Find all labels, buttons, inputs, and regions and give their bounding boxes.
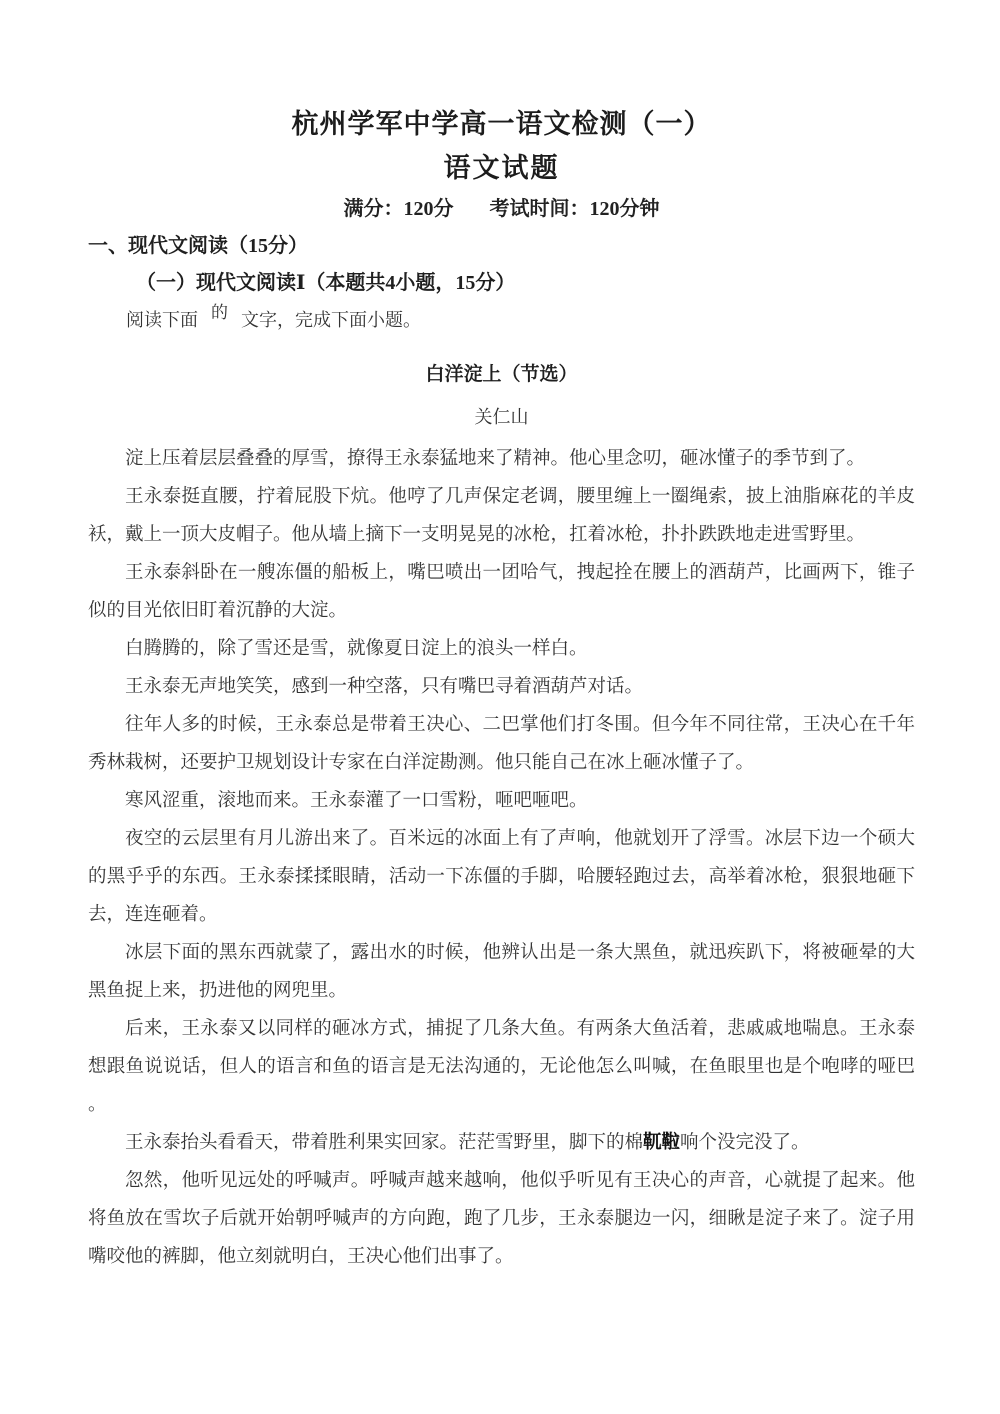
passage-paragraph: 冰层下面的黑东西就蒙了，露出水的时候，他辨认出是一条大黑鱼，就迅疾趴下，将被砸晕… xyxy=(88,934,915,1010)
passage-paragraph: 白腾腾的，除了雪还是雪，就像夏日淀上的浪头一样白。 xyxy=(88,630,915,668)
section-heading: 一、现代文阅读（15分） xyxy=(88,228,915,264)
paragraph-text: 王永泰挺直腰，拧着屁股下炕。他哼了几声保定老调，腰里缠上一圈绳索，披上油脂麻花的… xyxy=(88,487,915,545)
paragraph-text: 王永泰抬头看看天，带着胜利果实回家。茫茫雪野里，脚下的棉 xyxy=(125,1133,643,1153)
emphasized-term: 靰鞡 xyxy=(643,1133,680,1153)
instruction-superscript: 的 xyxy=(211,303,228,322)
paragraph-text: 白腾腾的，除了雪还是雪，就像夏日淀上的浪头一样白。 xyxy=(125,639,588,659)
passage-paragraph: 王永泰抬头看看天，带着胜利果实回家。茫茫雪野里，脚下的棉靰鞡响个没完没了。 xyxy=(88,1124,915,1162)
exam-meta: 满分：120分考试时间：120分钟 xyxy=(88,191,915,228)
paragraph-text: 忽然，他听见远处的呼喊声。呼喊声越来越响，他似乎听见有王决心的声音，心就提了起来… xyxy=(88,1171,915,1267)
passage-paragraph: 忽然，他听见远处的呼喊声。呼喊声越来越响，他似乎听见有王决心的声音，心就提了起来… xyxy=(88,1162,915,1276)
passage-author: 关仁山 xyxy=(88,394,915,440)
paragraph-text: 往年人多的时候，王永泰总是带着王决心、二巴掌他们打冬围。但今年不同往常，王决心在… xyxy=(88,715,915,773)
passage-body: 淀上压着层层叠叠的厚雪，撩得王永泰猛地来了精神。他心里念叨，砸冰懂子的季节到了。… xyxy=(88,440,915,1276)
instruction-suffix: 文字，完成下面小题。 xyxy=(241,310,421,330)
passage-paragraph: 王永泰挺直腰，拧着屁股下炕。他哼了几声保定老调，腰里缠上一圈绳索，披上油脂麻花的… xyxy=(88,478,915,554)
paragraph-text: 后来，王永泰又以同样的砸冰方式，捕捉了几条大鱼。有两条大鱼活着，悲戚戚地喘息。王… xyxy=(88,1019,915,1115)
paragraph-text: 响个没完没了。 xyxy=(680,1133,810,1153)
passage-paragraph: 淀上压着层层叠叠的厚雪，撩得王永泰猛地来了精神。他心里念叨，砸冰懂子的季节到了。 xyxy=(88,440,915,478)
instruction-prefix: 阅读下面 xyxy=(126,310,198,330)
paper-title: 语文试题 xyxy=(88,146,915,191)
paragraph-text: 王永泰斜卧在一艘冻僵的船板上，嘴巴喷出一团哈气，拽起拴在腰上的酒葫芦，比画两下，… xyxy=(88,563,915,621)
reading-instruction: 阅读下面的文字，完成下面小题。 xyxy=(126,302,915,339)
paragraph-text: 王永泰无声地笑笑，感到一种空落，只有嘴巴寻着酒葫芦对话。 xyxy=(125,677,643,697)
paragraph-text: 冰层下面的黑东西就蒙了，露出水的时候，他辨认出是一条大黑鱼，就迅疾趴下，将被砸晕… xyxy=(88,943,915,1001)
passage-paragraph: 后来，王永泰又以同样的砸冰方式，捕捉了几条大鱼。有两条大鱼活着，悲戚戚地喘息。王… xyxy=(88,1010,915,1124)
exam-duration: 考试时间：120分钟 xyxy=(490,198,660,220)
subsection-heading: （一）现代文阅读Ⅰ（本题共4小题，15分） xyxy=(136,264,915,302)
passage-title: 白洋淀上（节选） xyxy=(88,356,915,394)
passage-paragraph: 夜空的云层里有月儿游出来了。百米远的冰面上有了声响，他就划开了浮雪。冰层下边一个… xyxy=(88,820,915,934)
passage-paragraph: 寒风涩重，滚地而来。王永泰灌了一口雪粉，咂吧咂吧。 xyxy=(88,782,915,820)
exam-page: 杭州学军中学高一语文检测（一） 语文试题 满分：120分考试时间：120分钟 一… xyxy=(0,0,1000,1414)
paragraph-text: 寒风涩重，滚地而来。王永泰灌了一口雪粉，咂吧咂吧。 xyxy=(125,791,588,811)
paragraph-text: 淀上压着层层叠叠的厚雪，撩得王永泰猛地来了精神。他心里念叨，砸冰懂子的季节到了。 xyxy=(125,449,865,469)
passage-paragraph: 王永泰斜卧在一艘冻僵的船板上，嘴巴喷出一团哈气，拽起拴在腰上的酒葫芦，比画两下，… xyxy=(88,554,915,630)
passage-paragraph: 王永泰无声地笑笑，感到一种空落，只有嘴巴寻着酒葫芦对话。 xyxy=(88,668,915,706)
school-title: 杭州学军中学高一语文检测（一） xyxy=(88,102,915,146)
passage-paragraph: 往年人多的时候，王永泰总是带着王决心、二巴掌他们打冬围。但今年不同往常，王决心在… xyxy=(88,706,915,782)
paragraph-text: 夜空的云层里有月儿游出来了。百米远的冰面上有了声响，他就划开了浮雪。冰层下边一个… xyxy=(88,829,915,925)
full-score: 满分：120分 xyxy=(344,198,454,220)
